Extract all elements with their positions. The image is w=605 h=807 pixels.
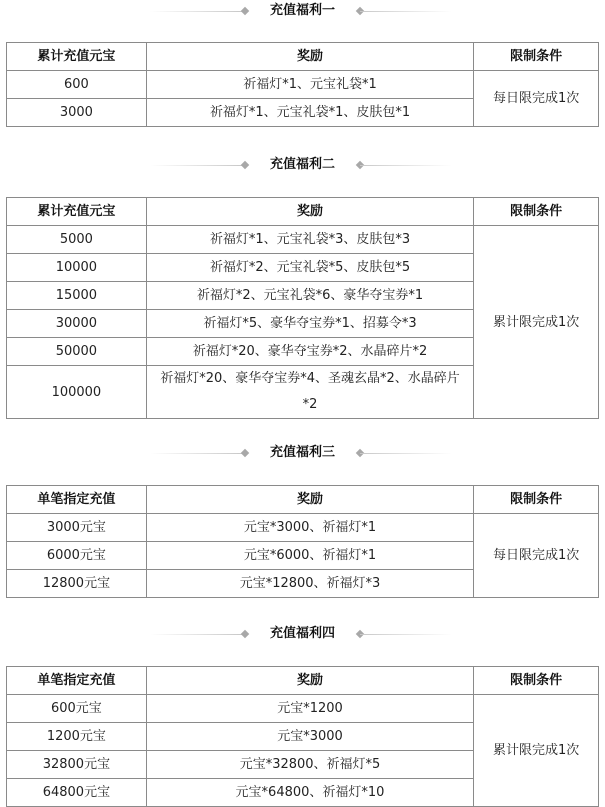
table-row: 600元宝 元宝*1200 累计限完成1次 [7, 695, 599, 723]
table-header-row: 单笔指定充值 奖励 限制条件 [7, 667, 599, 695]
section-title: 充值福利二 [0, 156, 605, 174]
table-header-row: 累计充值元宝 奖励 限制条件 [7, 43, 599, 71]
limit-cell: 每日限完成1次 [474, 514, 599, 598]
reward-cell: 祈福灯*2、元宝礼袋*6、豪华夺宝券*1 [146, 282, 473, 310]
amount-cell: 10000 [7, 254, 147, 282]
reward-cell: 元宝*64800、祈福灯*10 [146, 779, 473, 807]
header-amount: 单笔指定充值 [7, 667, 147, 695]
amount-cell: 3000元宝 [7, 514, 147, 542]
benefit-table-1: 累计充值元宝 奖励 限制条件 600 祈福灯*1、元宝礼袋*1 每日限完成1次 … [6, 42, 599, 127]
header-reward: 奖励 [146, 43, 473, 71]
table-row: 5000 祈福灯*1、元宝礼袋*3、皮肤包*3 累计限完成1次 [7, 226, 599, 254]
header-amount: 累计充值元宝 [7, 43, 147, 71]
amount-cell: 5000 [7, 226, 147, 254]
table-header-row: 累计充值元宝 奖励 限制条件 [7, 198, 599, 226]
amount-cell: 1200元宝 [7, 723, 147, 751]
header-amount: 单笔指定充值 [7, 486, 147, 514]
reward-cell: 元宝*1200 [146, 695, 473, 723]
amount-cell: 50000 [7, 338, 147, 366]
reward-cell: 元宝*12800、祈福灯*3 [146, 570, 473, 598]
header-limit: 限制条件 [474, 486, 599, 514]
reward-cell: 祈福灯*20、豪华夺宝券*4、圣魂玄晶*2、水晶碎片*2 [146, 366, 473, 419]
section-recharge-benefit-1: 充值福利一 [0, 0, 605, 22]
amount-cell: 3000 [7, 99, 147, 127]
table-row: 3000元宝 元宝*3000、祈福灯*1 每日限完成1次 [7, 514, 599, 542]
table-header-row: 单笔指定充值 奖励 限制条件 [7, 486, 599, 514]
header-reward: 奖励 [146, 486, 473, 514]
limit-cell: 每日限完成1次 [474, 71, 599, 127]
reward-cell: 祈福灯*1、元宝礼袋*1、皮肤包*1 [146, 99, 473, 127]
reward-cell: 祈福灯*5、豪华夺宝券*1、招募令*3 [146, 310, 473, 338]
amount-cell: 600 [7, 71, 147, 99]
section-recharge-benefit-3: 充值福利三 [0, 442, 605, 464]
header-limit: 限制条件 [474, 43, 599, 71]
section-title: 充值福利四 [0, 625, 605, 643]
section-heading: 充值福利三 [0, 442, 605, 464]
table-row: 600 祈福灯*1、元宝礼袋*1 每日限完成1次 [7, 71, 599, 99]
amount-cell: 15000 [7, 282, 147, 310]
reward-cell: 祈福灯*1、元宝礼袋*3、皮肤包*3 [146, 226, 473, 254]
reward-cell: 元宝*3000、祈福灯*1 [146, 514, 473, 542]
divider-line [360, 453, 452, 454]
section-heading: 充值福利四 [0, 623, 605, 645]
divider-line [360, 11, 452, 12]
header-amount: 累计充值元宝 [7, 198, 147, 226]
amount-cell: 100000 [7, 366, 147, 419]
amount-cell: 30000 [7, 310, 147, 338]
divider-line [360, 165, 452, 166]
reward-cell: 元宝*32800、祈福灯*5 [146, 751, 473, 779]
reward-cell: 元宝*6000、祈福灯*1 [146, 542, 473, 570]
section-heading: 充值福利二 [0, 154, 605, 176]
amount-cell: 6000元宝 [7, 542, 147, 570]
limit-cell: 累计限完成1次 [474, 695, 599, 807]
section-recharge-benefit-4: 充值福利四 [0, 623, 605, 645]
amount-cell: 32800元宝 [7, 751, 147, 779]
benefit-table-2: 累计充值元宝 奖励 限制条件 5000 祈福灯*1、元宝礼袋*3、皮肤包*3 累… [6, 197, 599, 419]
header-limit: 限制条件 [474, 667, 599, 695]
limit-cell: 累计限完成1次 [474, 226, 599, 419]
section-recharge-benefit-2: 充值福利二 [0, 154, 605, 176]
divider-line [360, 634, 452, 635]
section-title: 充值福利一 [0, 2, 605, 20]
reward-cell: 元宝*3000 [146, 723, 473, 751]
reward-cell: 祈福灯*20、豪华夺宝券*2、水晶碎片*2 [146, 338, 473, 366]
header-limit: 限制条件 [474, 198, 599, 226]
reward-cell: 祈福灯*2、元宝礼袋*5、皮肤包*5 [146, 254, 473, 282]
section-title: 充值福利三 [0, 444, 605, 462]
amount-cell: 12800元宝 [7, 570, 147, 598]
section-heading: 充值福利一 [0, 0, 605, 22]
benefit-table-4: 单笔指定充值 奖励 限制条件 600元宝 元宝*1200 累计限完成1次 120… [6, 666, 599, 807]
header-reward: 奖励 [146, 198, 473, 226]
header-reward: 奖励 [146, 667, 473, 695]
reward-cell: 祈福灯*1、元宝礼袋*1 [146, 71, 473, 99]
amount-cell: 600元宝 [7, 695, 147, 723]
benefit-table-3: 单笔指定充值 奖励 限制条件 3000元宝 元宝*3000、祈福灯*1 每日限完… [6, 485, 599, 598]
amount-cell: 64800元宝 [7, 779, 147, 807]
